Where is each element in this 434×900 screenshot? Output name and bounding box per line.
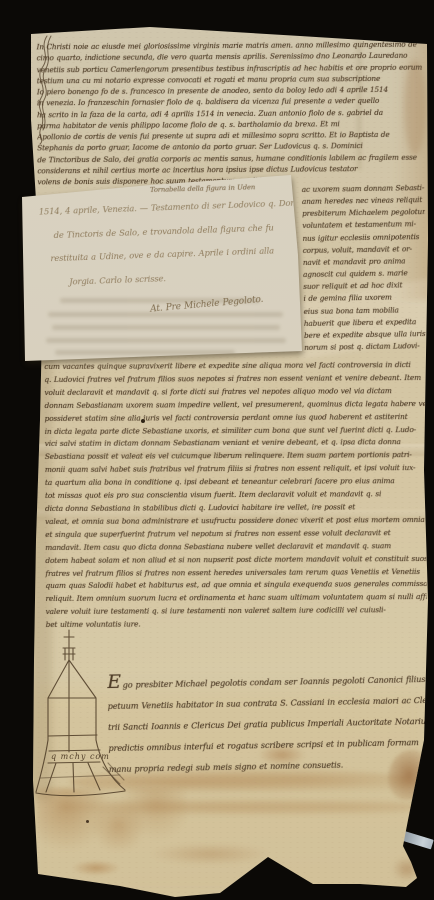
archival-slip-wrapper: Tornabella della figura in Uden 1514, 4 … [0, 0, 434, 900]
show-through-line [46, 338, 286, 343]
archival-slip: Tornabella della figura in Uden 1514, 4 … [0, 0, 434, 900]
manuscript-photo: In Christi noie ac eiusde mei gloriosiss… [0, 0, 434, 900]
show-through-line [55, 350, 235, 355]
show-through-line [48, 312, 283, 317]
show-through-line [60, 298, 260, 303]
show-through-line [52, 325, 280, 330]
archival-note: 1514, 4 aprile, Venezia. — Testamento di… [38, 191, 301, 294]
